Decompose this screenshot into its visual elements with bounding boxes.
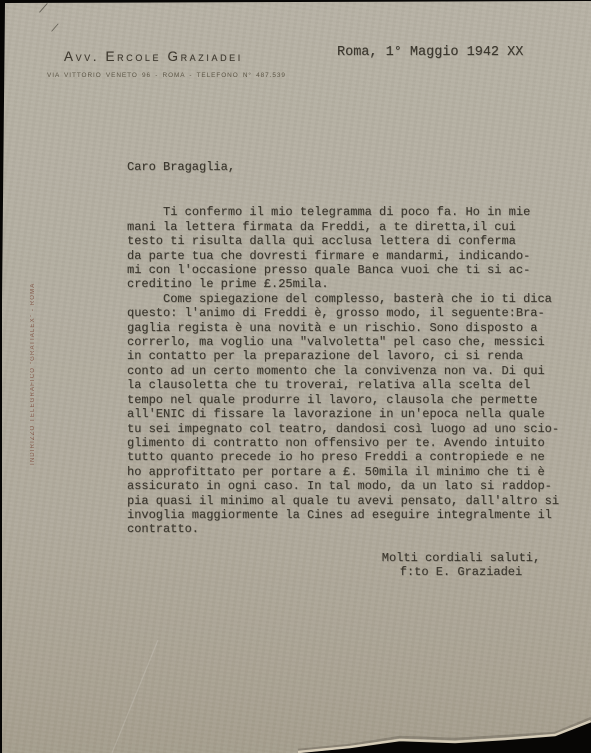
letterhead-name: Avv. Ercole Graziadei (64, 49, 243, 64)
paper-sheet: / / Avv. Ercole Graziadei VIA VITTORIO V… (0, 0, 591, 753)
letter-body: Caro Bragaglia, Ti confermo il mio teleg… (127, 160, 561, 580)
closing: Molti cordiali saluti, (371, 551, 551, 565)
paragraph: Come spiegazione del complesso, basterà … (127, 292, 561, 537)
salutation: Caro Bragaglia, (127, 160, 561, 174)
pencil-mark: / (39, 1, 47, 17)
paragraph: Ti confermo il mio telegramma di poco fa… (127, 205, 561, 291)
letterhead-address: VIA VITTORIO VENETO 96 - ROMA - TELEFONO… (47, 72, 286, 79)
dateline: Roma, 1° Maggio 1942 XX (337, 45, 523, 60)
side-stamp-telegraph-address: INDIRIZZO TELEGRAFICO "GRATIALEX" - ROMA (30, 283, 36, 465)
signature: f:to E. Graziadei (371, 565, 551, 579)
pencil-mark: / (51, 21, 58, 35)
closing-block: Molti cordiali saluti, f:to E. Graziadei (371, 551, 551, 580)
scanned-letter-page: / / Avv. Ercole Graziadei VIA VITTORIO V… (0, 0, 591, 753)
